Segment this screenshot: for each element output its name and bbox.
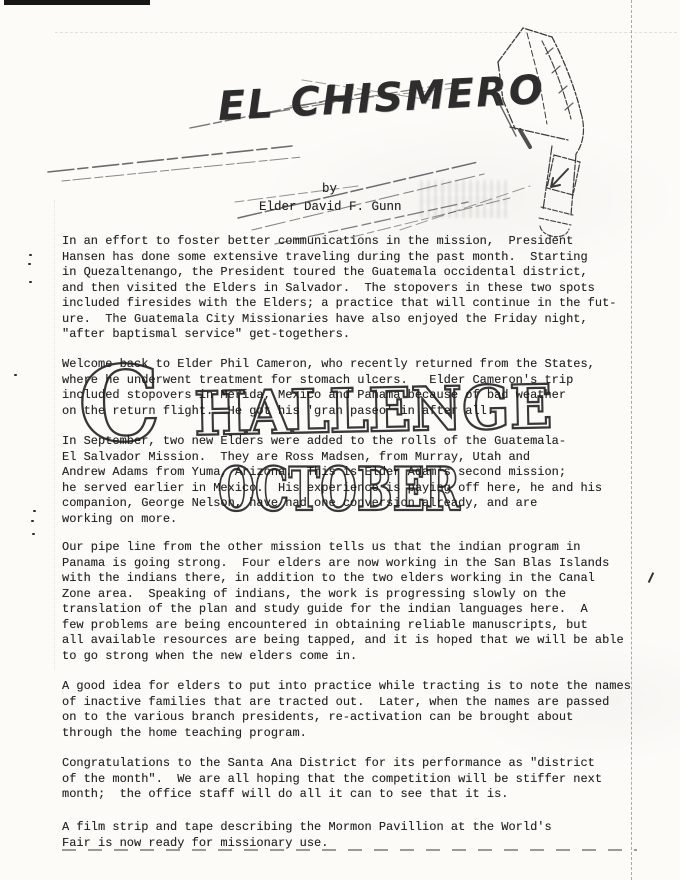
scan-speck (32, 533, 35, 535)
scanned-newsletter-page: EL CHISMERO by Elder David F. Gunn In an… (0, 0, 680, 880)
byline-by: by (322, 182, 337, 196)
paragraph-travel: In an effort to foster better communicat… (62, 234, 668, 343)
scan-speck (33, 510, 36, 512)
scan-speck (28, 263, 31, 265)
scan-speck (29, 254, 32, 256)
scan-artifact-left-faint-line (54, 200, 55, 670)
megaphone-icon (480, 18, 630, 240)
paragraph-new-elders: In September, two new Elders were added … (62, 434, 668, 527)
scan-speck (14, 374, 17, 376)
scan-speck (29, 281, 32, 283)
paragraph-santa-ana: Congratulations to the Santa Ana Distric… (62, 756, 668, 803)
paragraph-panama: Our pipe line from the other mission tel… (62, 540, 668, 664)
paragraph-cameron: Welcome back to Elder Phil Cameron, who … (62, 357, 668, 419)
scan-artifact-top-bar (4, 0, 150, 5)
byline-author: Elder David F. Gunn (259, 200, 402, 214)
paragraph-tracting: A good idea for elders to put into pract… (62, 679, 668, 741)
paragraph-film-strip: A film strip and tape describing the Mor… (62, 820, 668, 851)
scan-speck (31, 520, 34, 522)
